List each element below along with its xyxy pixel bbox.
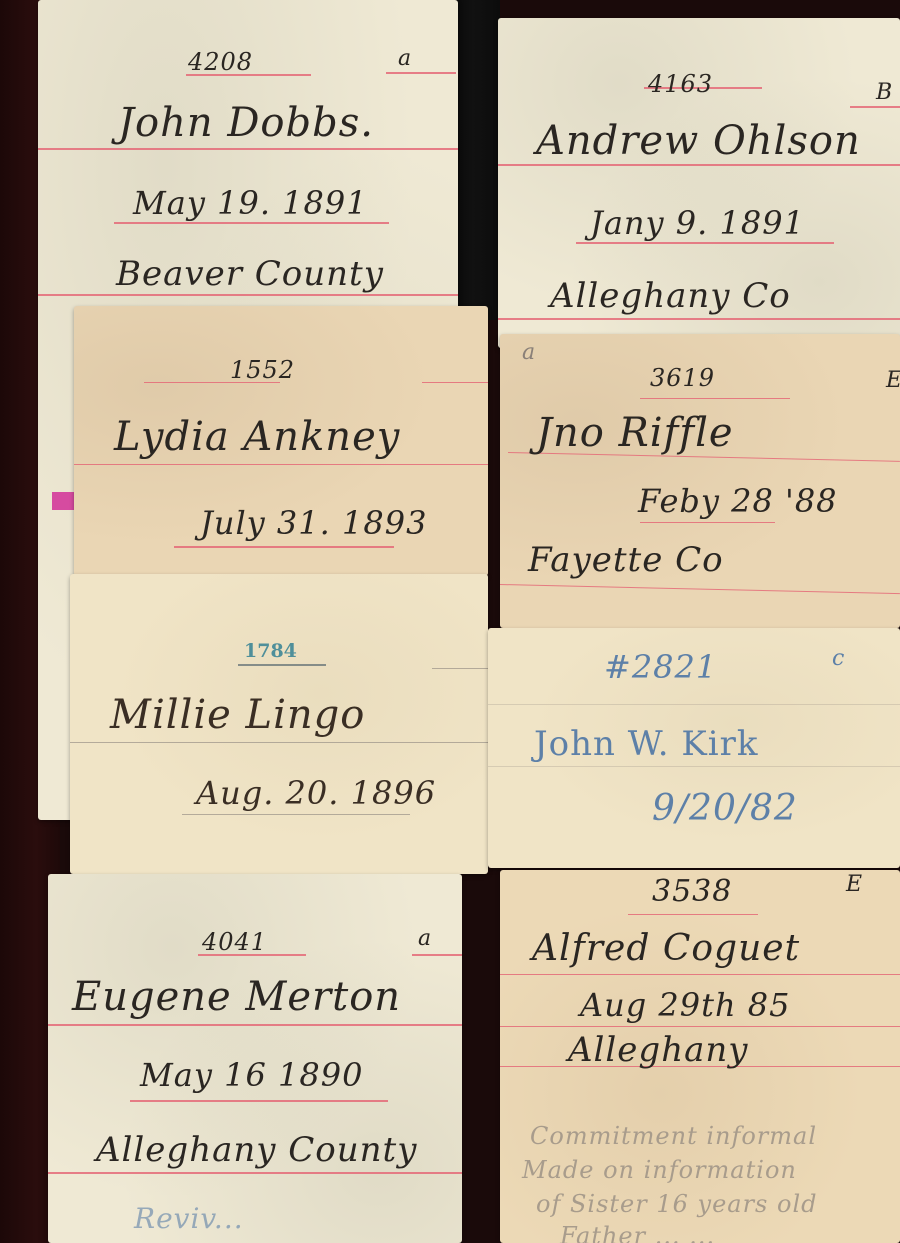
case-number: 4041 xyxy=(202,928,267,956)
record-date: Jany 9. 1891 xyxy=(590,204,805,242)
corner-mark: a xyxy=(522,340,536,365)
record-card-jno-riffle: a E 3619 Jno Riffle Feby 28 '88 Fayette … xyxy=(500,334,900,628)
case-number-stamp: 1784 xyxy=(244,640,297,662)
note-line: Made on information xyxy=(522,1156,797,1184)
county: Fayette Co xyxy=(528,540,724,580)
record-date: 9/20/82 xyxy=(652,788,798,829)
person-name: Millie Lingo xyxy=(110,692,365,738)
note-line: of Sister 16 years old xyxy=(536,1190,818,1218)
corner-mark: c xyxy=(832,646,845,671)
record-date: Aug 29th 85 xyxy=(580,986,790,1024)
person-name: Eugene Merton xyxy=(72,974,401,1020)
county: Beaver County xyxy=(116,254,384,294)
record-card-alfred-coguet: 3538 E Alfred Coguet Aug 29th 85 Allegha… xyxy=(500,870,900,1243)
record-card-john-w-kirk: #2821 c John W. Kirk 9/20/82 xyxy=(488,628,900,868)
case-number: 4163 xyxy=(648,70,713,98)
record-date: July 31. 1893 xyxy=(200,504,427,542)
county: Alleghany Co xyxy=(550,276,791,316)
record-card-lydia-ankney: 1552 Lydia Ankney July 31. 1893 xyxy=(74,306,488,576)
person-name: John W. Kirk xyxy=(534,724,758,764)
case-number: 1552 xyxy=(230,356,295,384)
county: Alleghany xyxy=(568,1030,748,1070)
case-number: #2821 xyxy=(604,648,717,686)
record-date: Aug. 20. 1896 xyxy=(196,774,436,812)
corner-mark: a xyxy=(398,46,412,71)
person-name: Andrew Ohlson xyxy=(536,118,861,164)
person-name: Jno Riffle xyxy=(536,410,734,456)
dark-background-gap xyxy=(455,0,500,320)
record-card-eugene-merton: 4041 a Eugene Merton May 16 1890 Allegha… xyxy=(48,874,462,1243)
note-line: Commitment informal xyxy=(530,1122,817,1150)
record-card-millie-lingo: 1784 Millie Lingo Aug. 20. 1896 xyxy=(70,574,488,874)
record-card-andrew-ohlson: 4163 B Andrew Ohlson Jany 9. 1891 Allegh… xyxy=(498,18,900,348)
corner-mark: B xyxy=(876,80,893,105)
record-date: May 19. 1891 xyxy=(133,184,368,222)
case-number: 4208 xyxy=(188,48,253,76)
record-date: May 16 1890 xyxy=(140,1056,363,1094)
person-name: Alfred Coguet xyxy=(532,928,800,969)
corner-mark: E xyxy=(846,872,863,897)
note-partial: Reviv... xyxy=(134,1202,244,1235)
corner-mark: a xyxy=(418,926,432,951)
side-mark: E xyxy=(886,368,900,393)
county: Alleghany County xyxy=(96,1130,417,1170)
case-number: 3619 xyxy=(650,364,715,392)
note-line: Father ... ... xyxy=(560,1222,715,1243)
person-name: Lydia Ankney xyxy=(114,414,400,460)
person-name: John Dobbs. xyxy=(118,100,374,146)
case-number: 3538 xyxy=(652,874,732,909)
pink-tab xyxy=(52,492,76,510)
record-date: Feby 28 '88 xyxy=(638,482,838,520)
